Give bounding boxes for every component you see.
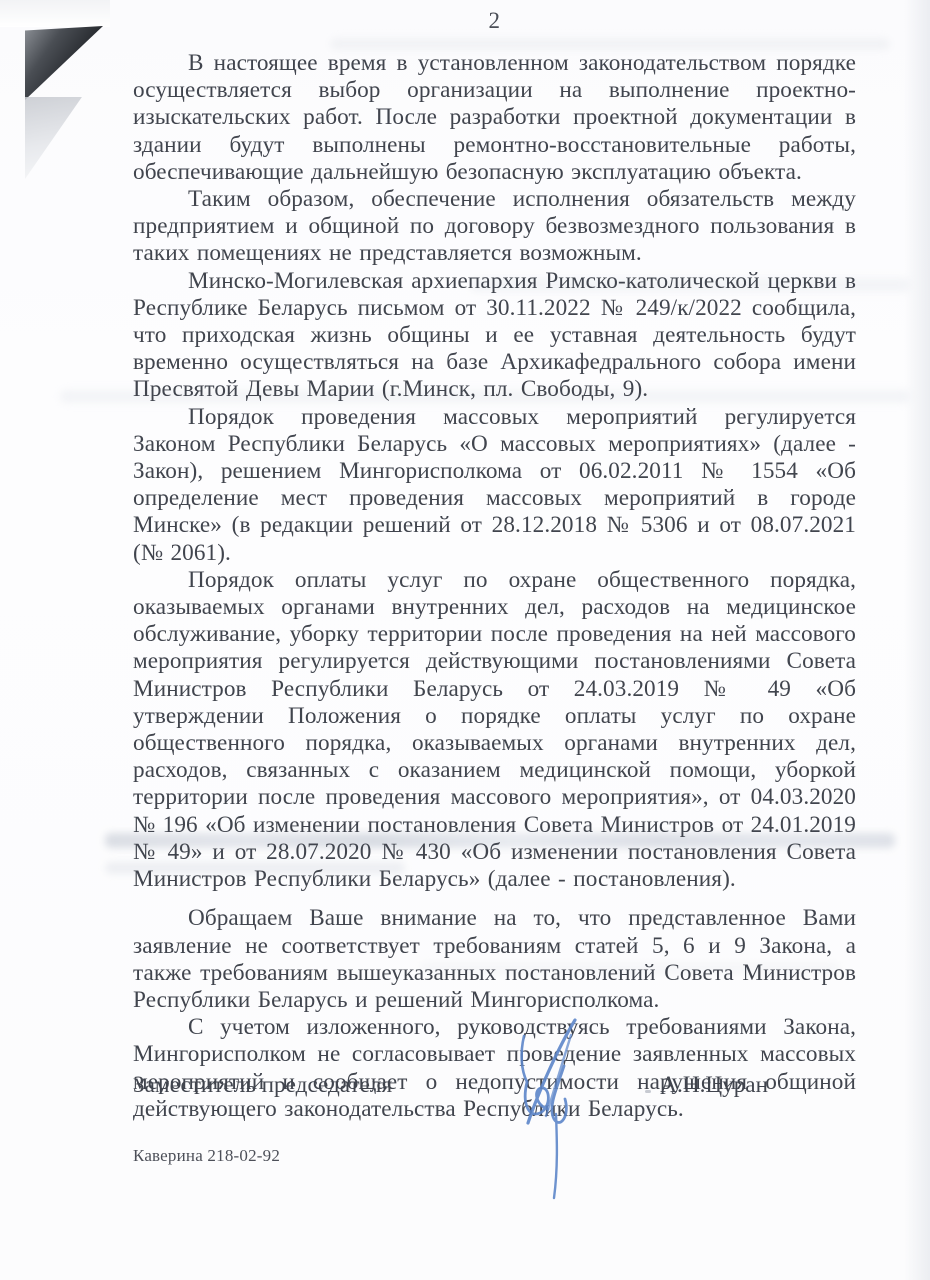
signature-block: Заместитель председателя А.Н.Цуран: [133, 1072, 856, 1099]
scan-corner-sliver: [0, 0, 110, 27]
signer-name: А.Н.Цуран: [660, 1072, 856, 1099]
folded-corner-artifact: [25, 26, 103, 100]
scanned-document-page: 2 В настоящее время в установленном зако…: [0, 0, 930, 1280]
paragraph: Обращаем Ваше внимание на то, что предст…: [133, 905, 856, 1014]
executor-note: Каверина 218-02-92: [133, 1146, 280, 1166]
paragraph: Порядок оплаты услуг по охране обществен…: [133, 567, 856, 893]
page-number: 2: [133, 8, 856, 34]
scan-edge-shading: [904, 0, 930, 1280]
scan-speck: [645, 1090, 651, 1093]
letter-body: В настоящее время в установленном законо…: [133, 50, 856, 1123]
signer-title: Заместитель председателя: [133, 1072, 392, 1099]
paragraph: Минско-Могилевская архиепархия Римско-ка…: [133, 268, 856, 404]
paragraph: С учетом изложенного, руководствуясь тре…: [133, 1014, 856, 1123]
paragraph: В настоящее время в установленном законо…: [133, 50, 856, 186]
paragraph: Таким образом, обеспечение исполнения об…: [133, 186, 856, 268]
folded-corner-highlight: [25, 97, 89, 179]
paragraph: Порядок проведения массовых мероприятий …: [133, 404, 856, 567]
scan-smudge-band: [330, 38, 890, 50]
